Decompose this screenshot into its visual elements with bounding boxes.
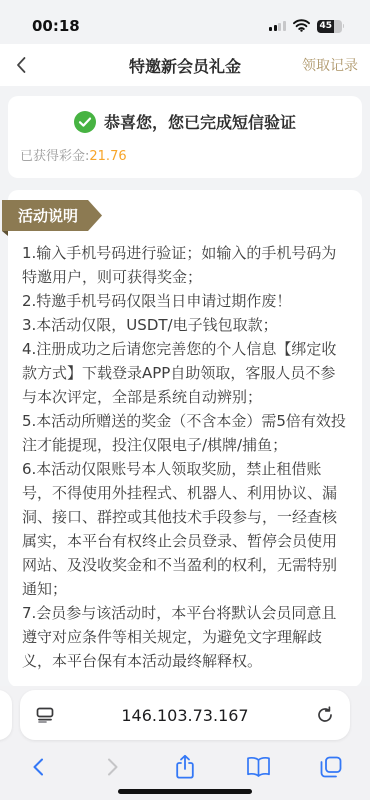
home-indicator[interactable]: [118, 789, 252, 794]
rule-item: 4.注册成功之后请您完善您的个人信息【绑定收款方式】下载登录APP自助领取，客服…: [22, 337, 348, 409]
cellular-signal-icon: [269, 21, 286, 31]
rules-ribbon: 活动说明: [2, 200, 102, 231]
address-bar[interactable]: 146.103.73.167: [20, 690, 350, 740]
bookmarks-icon[interactable]: [241, 750, 275, 784]
phone-screen: 00:18 45 特邀新会员礼金 领取记录 恭喜您，您已完成短信验证: [0, 0, 370, 800]
browser-chrome: 146.103.73.167: [0, 686, 370, 800]
back-button[interactable]: [12, 50, 42, 80]
url-text: 146.103.73.167: [57, 706, 313, 725]
bonus-line: 已获得彩金:21.76: [20, 145, 350, 164]
rule-item: 7.会员参与该活动时，本平台将默认会员同意且遵守对应条件等相关规定，为避免文字理…: [22, 601, 348, 673]
ribbon-fold: [2, 231, 8, 236]
page-header: 特邀新会员礼金 领取记录: [0, 44, 370, 86]
battery-icon: 45: [317, 20, 345, 33]
success-check-icon: [74, 111, 96, 133]
clock: 00:18: [32, 17, 80, 35]
rules-ribbon-label: 活动说明: [2, 200, 102, 231]
page-menu-icon[interactable]: [33, 703, 57, 727]
browser-forward-icon[interactable]: [95, 750, 129, 784]
rules-text: 1.输入手机号码进行验证；如输入的手机号码为特邀用户，则可获得奖金； 2.特邀手…: [22, 241, 348, 673]
rule-item: 1.输入手机号码进行验证；如输入的手机号码为特邀用户，则可获得奖金；: [22, 241, 348, 289]
rule-item: 5.本活动所赠送的奖金（不含本金）需5倍有效投注才能提现，投注仅限电子/棋牌/捕…: [22, 409, 348, 457]
adjacent-tab-edge[interactable]: [0, 690, 12, 740]
rule-item: 2.特邀手机号码仅限当日申请过期作废！: [22, 289, 348, 313]
page-title: 特邀新会员礼金: [129, 54, 241, 77]
status-bar: 00:18 45: [0, 0, 370, 44]
bonus-amount: 21.76: [89, 149, 126, 164]
battery-percent: 45: [320, 20, 333, 33]
browser-toolbar: [0, 746, 370, 788]
reload-icon[interactable]: [313, 703, 337, 727]
rule-item: 3.本活动仅限，USDT/电子钱包取款；: [22, 313, 348, 337]
activity-rules-card: 活动说明 1.输入手机号码进行验证；如输入的手机号码为特邀用户，则可获得奖金； …: [8, 190, 362, 687]
browser-back-icon[interactable]: [22, 750, 56, 784]
rule-item: 6.本活动仅限账号本人领取奖励，禁止租借账号，不得使用外挂程式、机器人、利用协议…: [22, 457, 348, 601]
verification-message: 恭喜您，您已完成短信验证: [104, 110, 296, 133]
share-icon[interactable]: [168, 750, 202, 784]
claim-records-link[interactable]: 领取记录: [302, 55, 358, 75]
wifi-icon: [293, 17, 310, 36]
bonus-label: 已获得彩金:: [20, 149, 89, 164]
verification-card: 恭喜您，您已完成短信验证 已获得彩金:21.76: [8, 96, 362, 178]
tabs-icon[interactable]: [314, 750, 348, 784]
